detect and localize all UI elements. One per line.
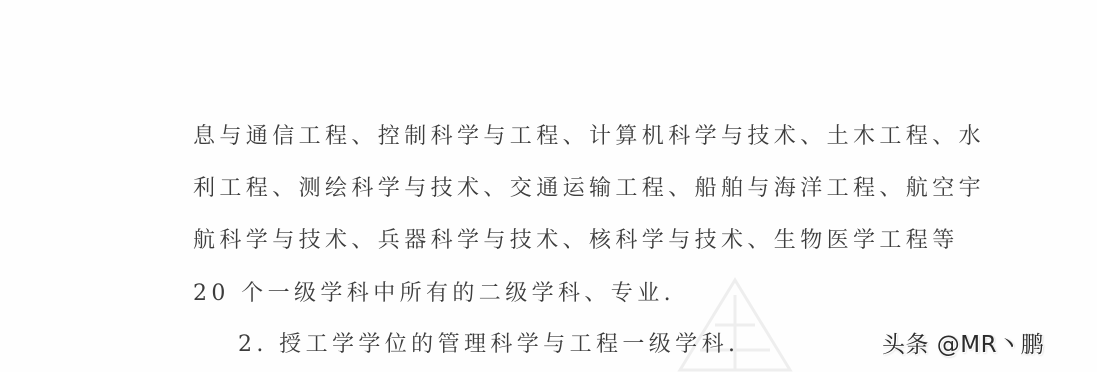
paragraph-line-3: 航科学与技术、兵器科学与技术、核科学与技术、生物医学工程等 (193, 227, 959, 255)
watermark-text: 头条 @MR丶鹏 (882, 330, 1044, 360)
document-page: 息与通信工程、控制科学与工程、计算机科学与技术、土木工程、水 利工程、测绘科学与… (0, 0, 1097, 372)
paragraph-line-4: 20 个一级学科中所有的二级学科、专业. (193, 280, 675, 308)
paragraph-line-1: 息与通信工程、控制科学与工程、计算机科学与技术、土木工程、水 (193, 123, 985, 151)
paragraph-line-2: 利工程、测绘科学与技术、交通运输工程、船舶与海洋工程、航空宇 (193, 175, 985, 203)
list-item-2: 2. 授工学学位的管理科学与工程一级学科. (238, 331, 739, 359)
